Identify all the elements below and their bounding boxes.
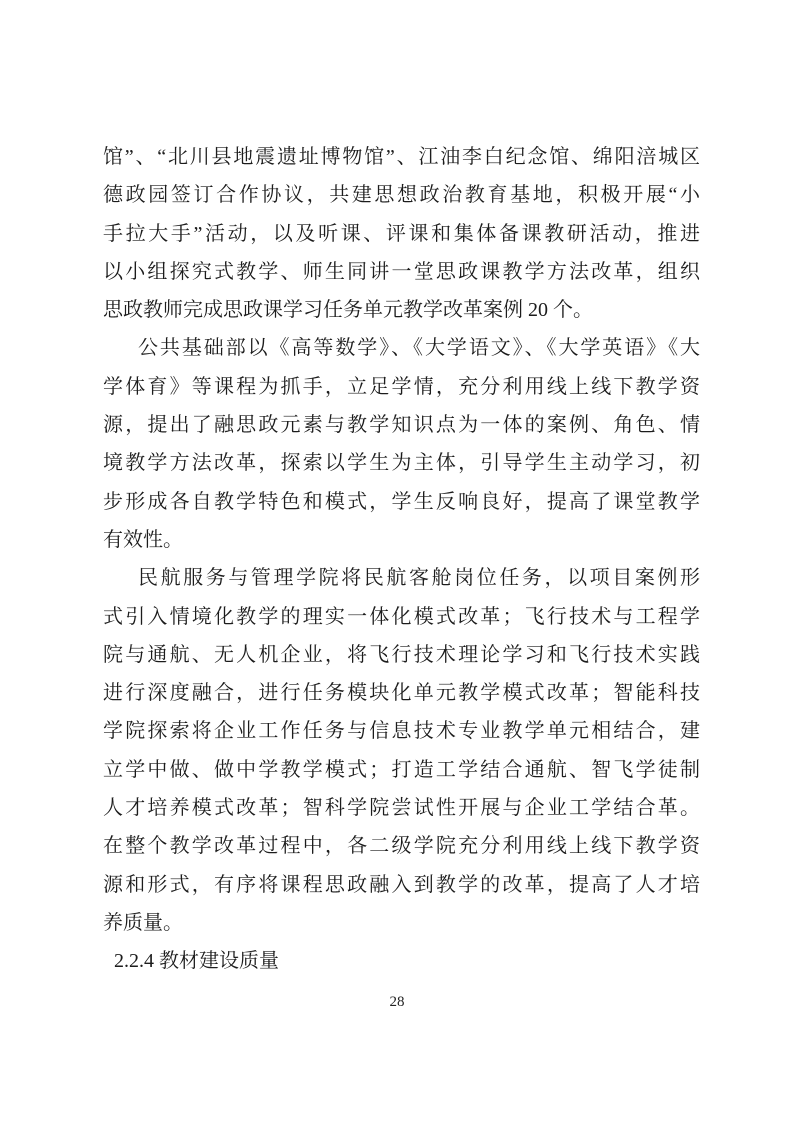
document-page: 馆”、“北川县地震遗址博物馆”、江油李白纪念馆、绵阳涪城区 德政园签订合作协议，… [0,0,794,1122]
text-line: 馆”、“北川县地震遗址博物馆”、江油李白纪念馆、绵阳涪城区 [103,138,700,176]
text-line: 学院探索将企业工作任务与信息技术专业教学单元相结合，建 [103,712,700,750]
text-line: 院与通航、无人机企业，将飞行技术理论学习和飞行技术实践 [103,636,700,674]
text-line: 立学中做、做中学教学模式；打造工学结合通航、智飞学徒制 [103,751,700,789]
text-line: 手拉大手”活动，以及听课、评课和集体备课教研活动，推进 [103,215,700,253]
text-line: 式引入情境化教学的理实一体化模式改革；飞行技术与工程学 [103,598,700,636]
paragraph-1: 馆”、“北川县地震遗址博物馆”、江油李白纪念馆、绵阳涪城区 德政园签订合作协议，… [103,138,700,329]
text-line: 进行深度融合，进行任务模块化单元教学模式改革；智能科技 [103,674,700,712]
section-heading: 2.2.4 教材建设质量 [103,942,700,980]
text-line: 民航服务与管理学院将民航客舱岗位任务，以项目案例形 [103,559,700,597]
text-line: 有效性。 [103,521,700,559]
text-line: 源和形式，有序将课程思政融入到教学的改革，提高了人才培 [103,866,700,904]
text-line: 境教学方法改革，探索以学生为主体，引导学生主动学习，初 [103,444,700,482]
paragraph-2: 公共基础部以《高等数学》、《大学语文》、《大学英语》《大 学体育》等课程为抓手，… [103,329,700,559]
text-line: 学体育》等课程为抓手，立足学情，充分利用线上线下教学资 [103,368,700,406]
text-line: 源，提出了融思政元素与教学知识点为一体的案例、角色、情 [103,406,700,444]
text-line: 德政园签订合作协议，共建思想政治教育基地，积极开展“小 [103,176,700,214]
text-line: 步形成各自教学特色和模式，学生反响良好，提高了课堂教学 [103,483,700,521]
text-line: 以小组探究式教学、师生同讲一堂思政课教学方法改革，组织 [103,253,700,291]
text-line: 养质量。 [103,904,700,942]
document-body: 馆”、“北川县地震遗址博物馆”、江油李白纪念馆、绵阳涪城区 德政园签订合作协议，… [103,138,700,981]
page-number: 28 [0,994,794,1011]
paragraph-3: 民航服务与管理学院将民航客舱岗位任务，以项目案例形 式引入情境化教学的理实一体化… [103,559,700,942]
text-line: 公共基础部以《高等数学》、《大学语文》、《大学英语》《大 [103,329,700,367]
text-line: 人才培养模式改革；智科学院尝试性开展与企业工学结合革。 [103,789,700,827]
text-line: 在整个教学改革过程中，各二级学院充分利用线上线下教学资 [103,827,700,865]
text-line: 思政教师完成思政课学习任务单元教学改革案例 20 个。 [103,291,700,329]
